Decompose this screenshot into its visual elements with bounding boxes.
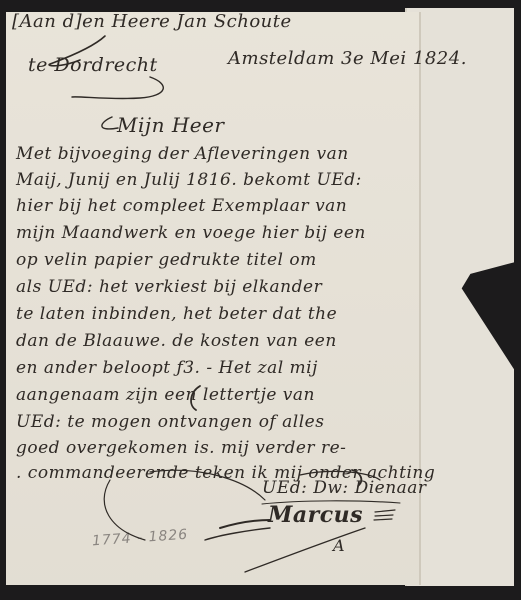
- body-line: mijn Maandwerk en voege hier bij een: [16, 225, 366, 242]
- signature-mark: A: [333, 538, 345, 554]
- body-line: goed overgekomen is. mij verder re-: [16, 440, 346, 457]
- body-line: UEd: te mogen ontvangen of alles: [16, 414, 324, 431]
- letter-sheet: [6, 12, 419, 585]
- body-line: te laten inbinden, het beter dat the: [16, 306, 337, 323]
- salutation: Mijn Heer: [117, 115, 225, 135]
- signature: Marcus: [268, 504, 363, 526]
- document-viewer: [Aan d]en Heere Jan Schoute te Dordrecht…: [0, 0, 521, 600]
- sheet-edge: [419, 12, 421, 585]
- dateline: Amsteldam 3e Mei 1824.: [228, 50, 467, 68]
- body-line: als UEd: het verkiest bij elkander: [16, 279, 322, 296]
- addressee: [Aan d]en Heere Jan Schoute: [12, 13, 292, 31]
- body-line: hier bij het compleet Exemplaar van: [16, 198, 347, 215]
- addressee-city: te Dordrecht: [28, 56, 158, 75]
- body-line: Met bijvoeging der Afleveringen van: [16, 146, 349, 163]
- body-line: dan de Blaauwe. de kosten van een: [16, 333, 337, 350]
- body-line: aangenaam zijn een lettertje van: [16, 387, 315, 404]
- body-line: en ander beloopt ƒ3. - Het zal mij: [16, 360, 318, 377]
- body-line: op velin papier gedrukte titel om: [16, 252, 317, 269]
- back-sheet: [405, 8, 514, 586]
- closing: UEd: Dw: Dienaar: [262, 480, 427, 497]
- body-line: Maij, Junij en Julij 1816. bekomt UEd:: [16, 172, 362, 189]
